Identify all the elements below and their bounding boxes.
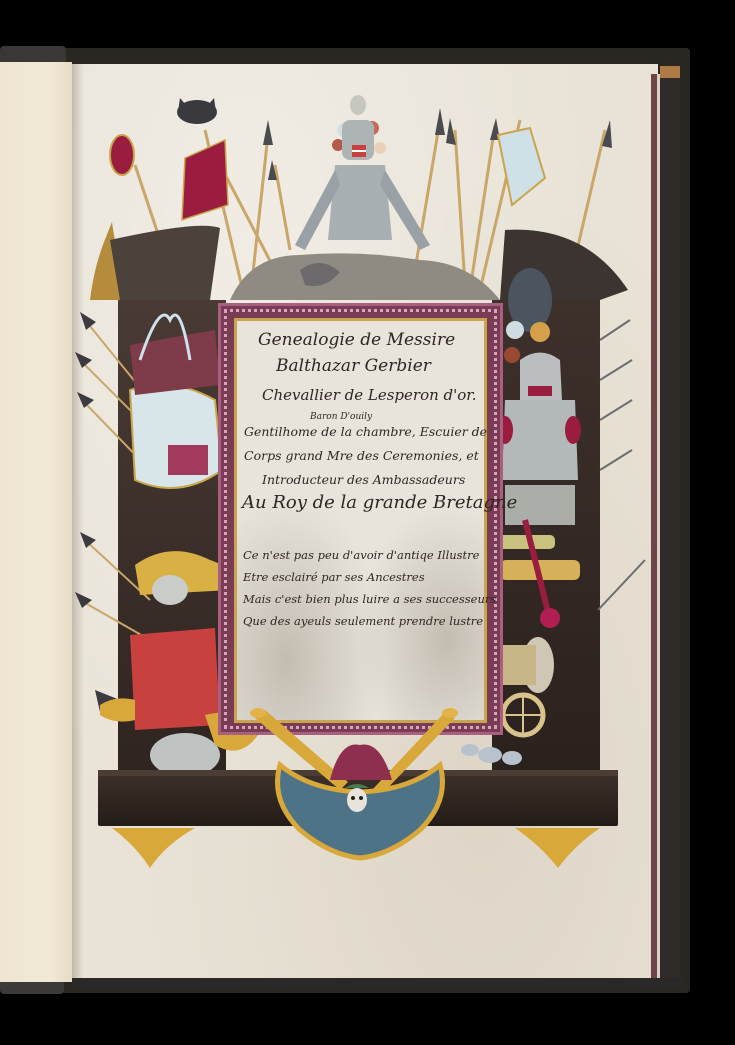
bottom-ornament — [0, 0, 735, 1045]
